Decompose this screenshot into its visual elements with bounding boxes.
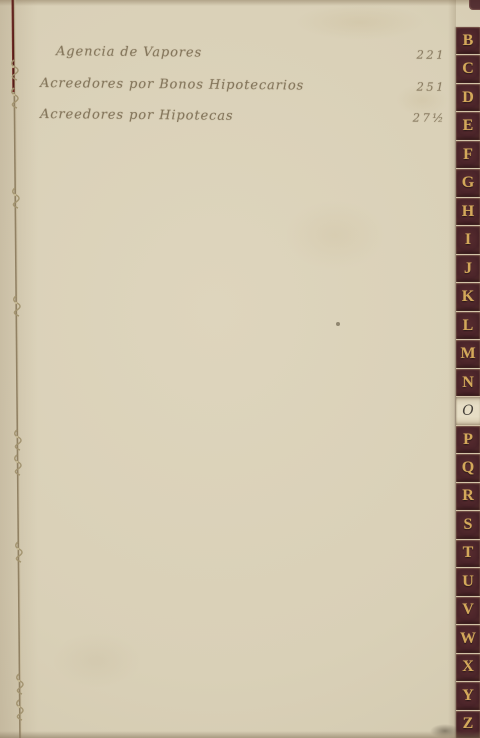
tab-letter: K [462,289,474,305]
entry-page-number: 251 [416,80,446,94]
tab-letter: G [462,175,474,191]
tab-w: W [456,625,480,652]
tab-letter: F [463,147,473,163]
tab-q: Q [456,454,480,481]
entry-page-number: 221 [416,48,446,62]
tab-letter: C [462,61,474,77]
tab-b: B [456,27,480,54]
tab-m: M [456,340,480,367]
partial-tab-top-corner [469,0,480,10]
tab-h: H [456,198,480,225]
tab-letter: U [462,574,474,590]
ink-speck [336,322,340,326]
tab-letter: E [463,118,474,134]
tab-letter: J [464,261,472,277]
tab-c: C [456,55,480,82]
index-entry: Agencia de Vapores 221 [40,44,446,63]
tab-letter: Y [462,688,474,704]
tab-letter: R [462,488,474,504]
page-stain [295,4,425,40]
tab-d: D [456,84,480,111]
page-stain [52,632,142,688]
tab-t: T [456,540,480,567]
tab-letter: L [463,318,474,334]
tab-v: V [456,597,480,624]
index-entry: Acreedores por Hipotecas 27½ [40,107,446,126]
index-entry: Acreedores por Bonos Hipotecarios 251 [40,76,446,95]
page-right-shading [448,0,456,738]
tab-x: X [456,654,480,681]
page-stain [285,200,385,270]
tab-letter: X [462,659,474,675]
tab-letter: I [465,232,471,248]
tab-letter: B [463,33,474,49]
tab-p: P [456,426,480,453]
tab-r: R [456,483,480,510]
tab-letter: Q [462,460,474,476]
tab-letter: V [462,602,474,618]
tab-letter: T [463,545,474,561]
binding-stitch-seam [0,0,42,738]
tab-letter: P [463,432,473,448]
tab-g: G [456,169,480,196]
entry-page-number: 27½ [413,111,446,125]
tab-letter: N [462,375,474,391]
tab-f: F [456,141,480,168]
active-tab-letter: O [462,404,473,418]
tab-letter: S [464,517,473,533]
alphabet-tab-strip: B C D E F G H I J K L M N O P Q R S T U … [456,27,480,738]
tab-u: U [456,568,480,595]
tab-j: J [456,255,480,282]
tab-letter: H [462,204,474,220]
page-top-edge [0,0,480,6]
tab-s: S [456,511,480,538]
tab-n: N [456,369,480,396]
tab-e: E [456,112,480,139]
tab-y: Y [456,682,480,709]
tab-letter: M [460,346,475,362]
tab-letter: Z [463,716,474,732]
tab-letter: W [460,631,476,647]
entry-title: Acreedores por Hipotecas [40,107,234,124]
tab-k: K [456,283,480,310]
ledger-index-page: Agencia de Vapores 221 Acreedores por Bo… [0,0,480,738]
entry-title: Acreedores por Bonos Hipotecarios [40,76,304,94]
tab-l: L [456,312,480,339]
tab-letter: D [462,90,474,106]
tab-i: I [456,226,480,253]
page-bottom-edge [0,731,480,738]
entry-title: Agencia de Vapores [56,44,202,60]
tab-o-active: O [456,397,480,424]
